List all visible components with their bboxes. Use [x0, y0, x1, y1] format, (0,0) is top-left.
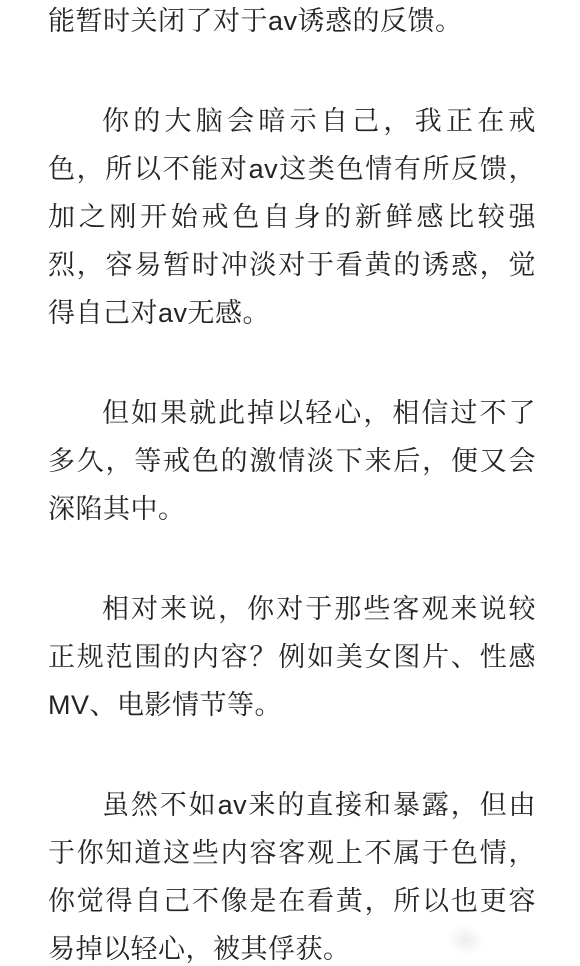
reader-page[interactable]: 能暂时关闭了对于av诱惑的反馈。 你的大脑会暗示自己，我正在戒色，所以不能对av…	[0, 0, 580, 963]
paragraph: 相对来说，你对于那些客观来说较正规范围的内容？例如美女图片、性感MV、电影情节等…	[48, 585, 536, 729]
paragraph: 你的大脑会暗示自己，我正在戒色，所以不能对av这类色情有所反馈，加之刚开始戒色自…	[48, 97, 536, 337]
paragraph: 虽然不如av来的直接和暴露，但由于你知道这些内容客观上不属于色情，你觉得自己不像…	[48, 781, 536, 963]
paragraph-continuation: 能暂时关闭了对于av诱惑的反馈。	[48, 0, 536, 45]
paragraph: 但如果就此掉以轻心，相信过不了多久，等戒色的激情淡下来后，便又会深陷其中。	[48, 389, 536, 533]
